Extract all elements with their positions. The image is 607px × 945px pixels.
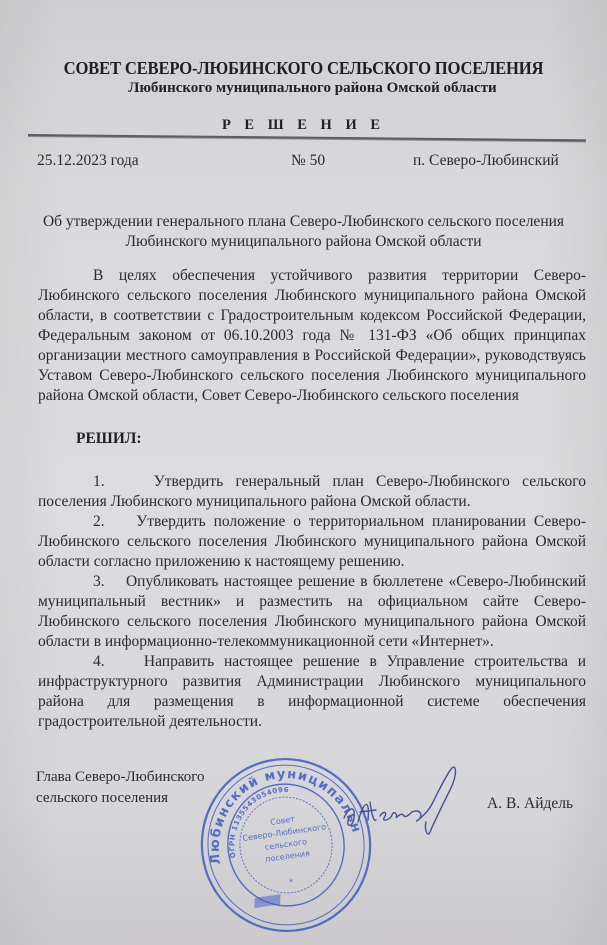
- resolution-items: 1. Утвердить генеральный план Северо-Люб…: [38, 472, 586, 732]
- signatory-role-line-1: Глава Северо-Любинского: [36, 767, 205, 788]
- organization-heading: СОВЕТ СЕВЕРО-ЛЮБИНСКОГО СЕЛЬСКОГО ПОСЕЛЕ…: [15, 58, 592, 79]
- signatory-name: А. В. Айдель: [487, 795, 573, 813]
- signatory-role: Глава Северо-Любинского сельского поселе…: [36, 767, 205, 809]
- item-number: 1.: [93, 473, 105, 490]
- item-number: 2.: [93, 513, 105, 530]
- svg-text:Совет: Совет: [270, 815, 296, 827]
- preamble-paragraph: В целях обеспечения устойчивого развития…: [38, 266, 586, 406]
- resolution-item: 4. Направить настоящее решение в Управле…: [38, 652, 586, 732]
- decision-subject: Об утверждении генерального плана Северо…: [20, 212, 587, 252]
- header-divider: [28, 134, 586, 141]
- svg-text:поселения: поселения: [265, 849, 311, 864]
- item-text: Утвердить генеральный план Северо-Любинс…: [38, 473, 586, 510]
- organization-subheading: Любинского муниципального района Омской …: [0, 80, 607, 97]
- subject-line-2: Любинского муниципального района Омской …: [20, 232, 587, 252]
- subject-line-1: Об утверждении генерального плана Северо…: [20, 212, 587, 232]
- item-text: Утвердить положение о территориальном пл…: [38, 513, 586, 570]
- signatory-role-line-2: сельского поселения: [36, 788, 205, 809]
- preamble: В целях обеспечения устойчивого развития…: [38, 266, 586, 406]
- item-text: Опубликовать настоящее решение в бюллете…: [38, 573, 586, 650]
- decision-number: № 50: [291, 152, 325, 170]
- svg-text:*: *: [289, 877, 294, 886]
- decision-date: 25.12.2023 года: [37, 152, 139, 170]
- item-number: 3.: [93, 573, 105, 590]
- handwritten-signature-icon: [340, 760, 460, 845]
- resolution-item: 2. Утвердить положение о территориальном…: [38, 512, 586, 572]
- decision-place: п. Северо-Любинский: [413, 152, 559, 170]
- resolved-label: РЕШИЛ:: [76, 430, 142, 448]
- resolution-item: 3. Опубликовать настоящее решение в бюлл…: [38, 572, 586, 652]
- item-number: 4.: [93, 653, 105, 670]
- document-page: СОВЕТ СЕВЕРО-ЛЮБИНСКОГО СЕЛЬСКОГО ПОСЕЛЕ…: [0, 0, 607, 945]
- document-type-title: Р Е Ш Е Н И Е: [0, 117, 607, 134]
- item-text: Направить настоящее решение в Управление…: [38, 653, 586, 730]
- resolution-item: 1. Утвердить генеральный план Северо-Люб…: [38, 472, 586, 512]
